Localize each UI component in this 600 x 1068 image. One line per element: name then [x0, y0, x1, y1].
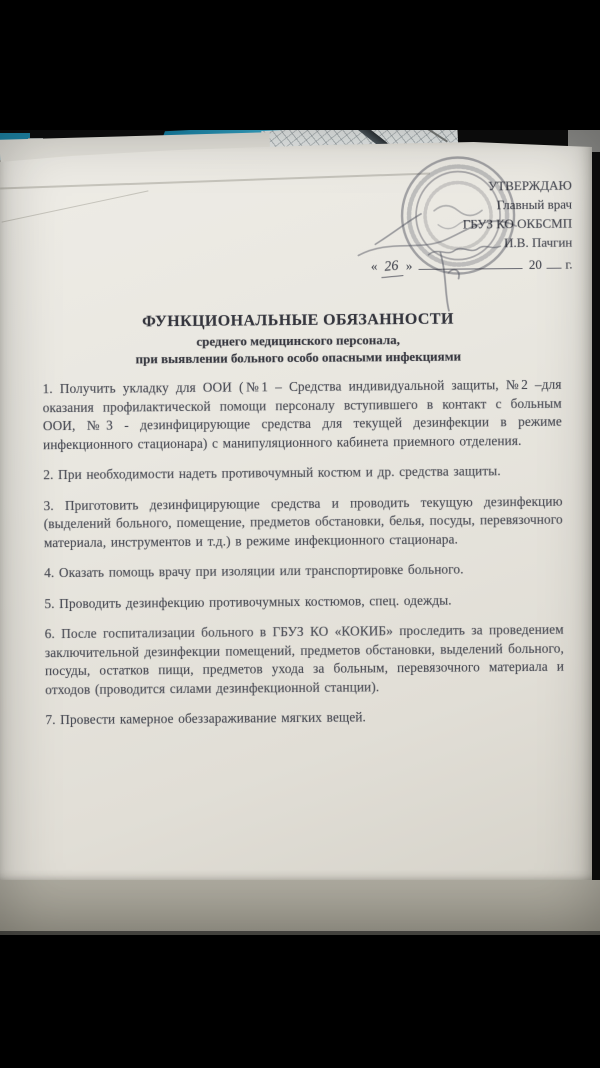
letterbox-bottom: [0, 935, 600, 1068]
title-main: ФУНКЦИОНАЛЬНЫЕ ОБЯЗАННОСТИ: [37, 310, 559, 333]
printed-content: УТВЕРЖДАЮ Главный врач ГБУЗ КО ОКБСМП И.…: [0, 139, 596, 882]
duties-list: 1. Получить укладку для ООИ (№1 – Средст…: [42, 376, 564, 742]
duty-paragraph-3: 3. Приготовить дезинфицирующие средства …: [44, 492, 563, 552]
title-sub2: при выявлении больного особо опасными ин…: [37, 347, 559, 368]
round-stamp-and-signature: [348, 154, 579, 326]
desk-edge: [0, 880, 600, 935]
duty-paragraph-6: 6. После госпитализации больного в ГБУЗ …: [45, 621, 565, 700]
document-photo: УТВЕРЖДАЮ Главный врач ГБУЗ КО ОКБСМП И.…: [0, 130, 600, 935]
duty-paragraph-5: 5. Проводить дезинфекцию противочумных к…: [44, 590, 563, 613]
duty-paragraph-2: 2. При необходимости надеть противочумны…: [43, 462, 562, 485]
paper-sheet: УТВЕРЖДАЮ Главный врач ГБУЗ КО ОКБСМП И.…: [0, 142, 592, 880]
duty-paragraph-7: 7. Провести камерное обеззараживание мяг…: [45, 707, 564, 730]
letterbox-top: [0, 0, 600, 130]
document-title: ФУНКЦИОНАЛЬНЫЕ ОБЯЗАННОСТИ среднего меди…: [37, 310, 559, 369]
duty-paragraph-1: 1. Получить укладку для ООИ (№1 – Средст…: [42, 376, 562, 455]
phone-photo-viewer: УТВЕРЖДАЮ Главный врач ГБУЗ КО ОКБСМП И.…: [0, 0, 600, 1068]
duty-paragraph-4: 4. Оказать помощь врачу при изоляции или…: [44, 560, 563, 583]
